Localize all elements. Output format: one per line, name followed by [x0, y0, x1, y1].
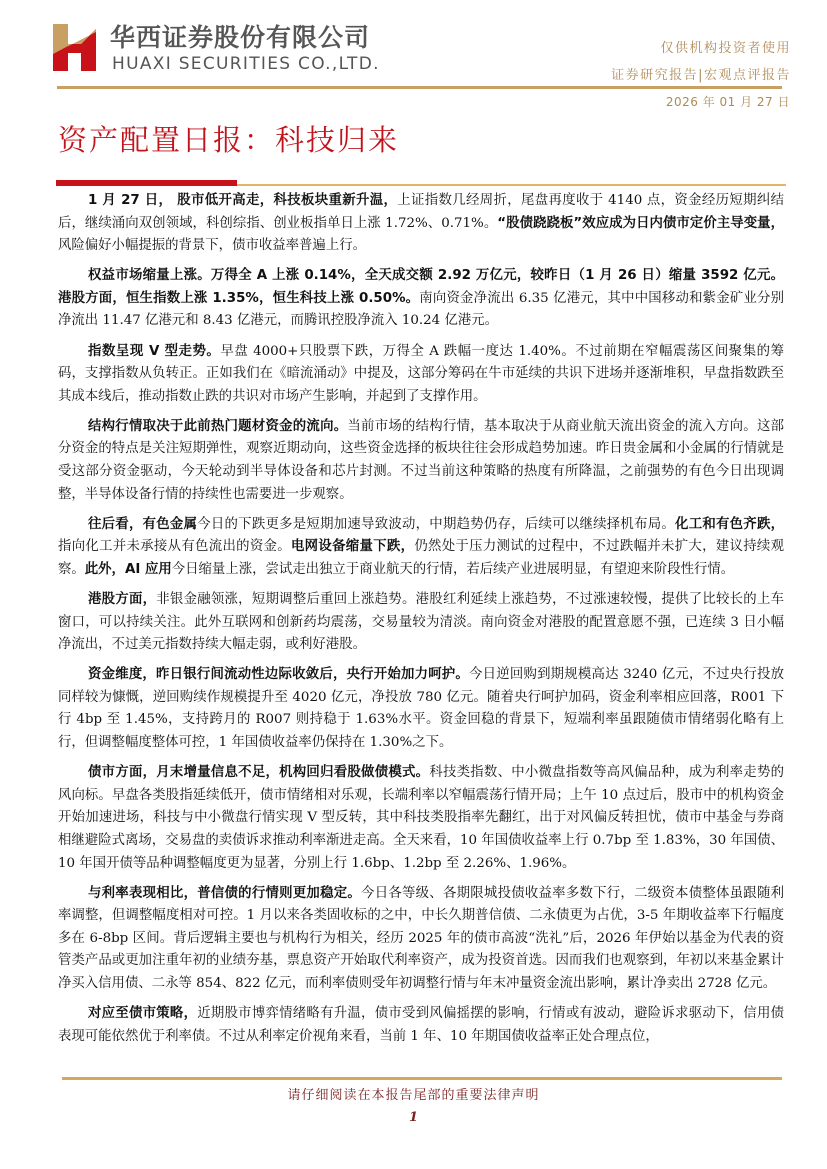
paragraph-bond-market: 债市方面，月末增量信息不足，机构回归看股做债模式。科技类指数、中小微盘指数等高风… [58, 762, 784, 875]
header-divider [57, 86, 782, 89]
paragraph-lead: 债市方面，月末增量信息不足，机构回归看股做债模式。 [88, 765, 429, 780]
company-name-en: HUAXI SECURITIES CO.,LTD. [112, 54, 380, 74]
report-type-label: 证券研究报告|宏观点评报告 [611, 64, 791, 83]
paragraph-bond-strategy: 对应至债市策略，近期股市博弈情绪略有升温，债市受到风偏摇摆的影响，行情或有波动，… [58, 1003, 784, 1048]
report-body: 1 月 27 日， 股市低开高走，科技板块重新升温，上证指数几经周折，尾盘再度收… [58, 190, 784, 1056]
paragraph-credit-bonds: 与利率表现相比，普信债的行情则更加稳定。今日各等级、各期限城投债收益率多数下行，… [58, 883, 784, 996]
page-number: 1 [0, 1110, 827, 1125]
paragraph-v-shape: 指数呈现 V 型走势。早盘 4000+只股票下跌，万得全 A 跌幅一度达 1.4… [58, 341, 784, 409]
paragraph-emphasis: 化工和有色齐跌， [675, 517, 784, 532]
paragraph-text: 今日缩量上涨，尝试走出独立于商业航天的行情，若后续产业进展明显，有望迎来阶段性行… [172, 562, 734, 577]
paragraph-liquidity: 资金维度，昨日银行间流动性边际收敛后，央行开始加力呵护。今日逆回购到期规模高达 … [58, 664, 784, 754]
paragraph-equity-market: 权益市场缩量上涨。万得全 A 上涨 0.14%，全天成交额 2.92 万亿元，较… [58, 265, 784, 333]
title-underline-gold [237, 184, 786, 186]
paragraph-emphasis: 此外，AI 应用 [85, 562, 172, 577]
paragraph-market-summary: 1 月 27 日， 股市低开高走，科技板块重新升温，上证指数几经周折，尾盘再度收… [58, 190, 784, 258]
paragraph-text: 科技类指数、中小微盘指数等高风偏品种，成为利率走势的风向标。早盘各类股指延续低开… [58, 765, 784, 870]
paragraph-lead: 1 月 27 日， 股市低开高走，科技板块重新升温， [88, 193, 397, 208]
paragraph-emphasis: 电网设备缩量下跌， [291, 539, 414, 554]
report-date: 2026 年 01 月 27 日 [666, 93, 790, 110]
paragraph-lead: 资金维度，昨日银行间流动性边际收敛后，央行开始加力呵护。 [88, 667, 469, 682]
audience-label: 仅供机构投资者使用 [660, 37, 791, 56]
paragraph-text: 今日各等级、各期限城投债收益率多数下行，二级资本债整体虽跟随利率调整，但调整幅度… [58, 886, 784, 991]
paragraph-lead: 往后看，有色金属 [88, 517, 197, 532]
paragraph-structure: 结构行情取决于此前热门题材资金的流向。当前市场的结构行情，基本取决于从商业航天流… [58, 416, 784, 506]
paragraph-lead: 对应至债市策略， [88, 1006, 197, 1021]
paragraph-text: 今日的下跌更多是短期加速导致波动，中期趋势仍存，后续可以继续择机布局。 [197, 517, 675, 532]
paragraph-emphasis: “股债跷跷板”效应成为日内债市定价主导变量， [497, 216, 784, 231]
company-name-cn: 华西证券股份有限公司 [110, 24, 370, 52]
paragraph-lead: 结构行情取决于此前热门题材资金的流向。 [88, 419, 347, 434]
legal-disclaimer-note: 请仔细阅读在本报告尾部的重要法律声明 [0, 1084, 827, 1103]
huaxi-logo-icon [53, 24, 96, 71]
paragraph-lead: 与利率表现相比，普信债的行情则更加稳定。 [88, 886, 361, 901]
paragraph-lead: 指数呈现 V 型走势。 [88, 344, 220, 359]
paragraph-outlook: 往后看，有色金属今日的下跌更多是短期加速导致波动，中期趋势仍存，后续可以继续择机… [58, 514, 784, 582]
paragraph-text: 风险偏好小幅提振的背景下，债市收益率普遍上行。 [58, 238, 366, 253]
paragraph-lead: 港股方面， [88, 592, 156, 607]
paragraph-text: 指向化工并未承接从有色流出的资金。 [58, 539, 291, 554]
paragraph-hk-stocks: 港股方面，非银金融领涨，短期调整后重回上涨趋势。港股红利延续上涨趋势，不过涨速较… [58, 589, 784, 657]
paragraph-text: 非银金融领涨，短期调整后重回上涨趋势。港股红利延续上涨趋势，不过涨速较慢，提供了… [58, 592, 784, 652]
footer-divider [62, 1077, 782, 1080]
report-title: 资产配置日报：科技归来 [58, 122, 399, 158]
title-underline-red [56, 180, 237, 186]
